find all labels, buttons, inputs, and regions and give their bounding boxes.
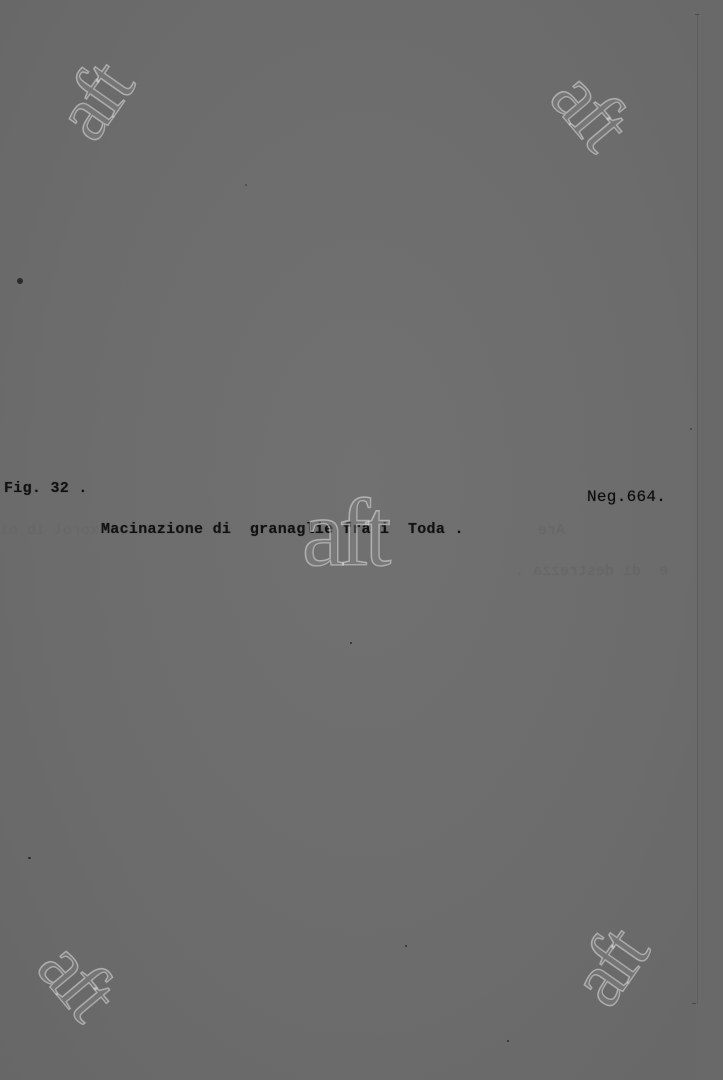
show-through-text-3: xorol ib ni: [0, 522, 99, 539]
scanned-document-page: Are e di destrezza . xorol ib ni Fig. 32…: [0, 0, 723, 1080]
figure-label: Fig. 32 .: [4, 480, 88, 497]
dust-speck: [690, 428, 692, 430]
edge-tick-bottom: [692, 1003, 696, 1004]
dust-speck: [28, 857, 31, 859]
watermark-bottom-left: aft: [25, 927, 130, 1031]
negative-number: Neg.664.: [587, 488, 666, 506]
dust-speck: [507, 1040, 509, 1042]
watermark-center: aft: [302, 485, 385, 581]
show-through-text-1: Are: [538, 522, 565, 539]
caption-description: Macinazione di granaglie fra i Toda .: [101, 521, 464, 538]
watermark-bottom-right: aft: [556, 916, 660, 1018]
dust-speck: [350, 642, 352, 644]
show-through-text-2: e di destrezza .: [515, 563, 668, 580]
edge-tick-top: [695, 14, 699, 15]
watermark-top-left: aft: [41, 50, 145, 152]
page-edge-line: [697, 14, 698, 1004]
dust-speck: [17, 278, 23, 284]
dust-speck: [405, 945, 407, 947]
dust-speck: [245, 184, 247, 186]
page-edge-strip: [696, 0, 723, 1080]
watermark-top-right: aft: [538, 57, 643, 161]
